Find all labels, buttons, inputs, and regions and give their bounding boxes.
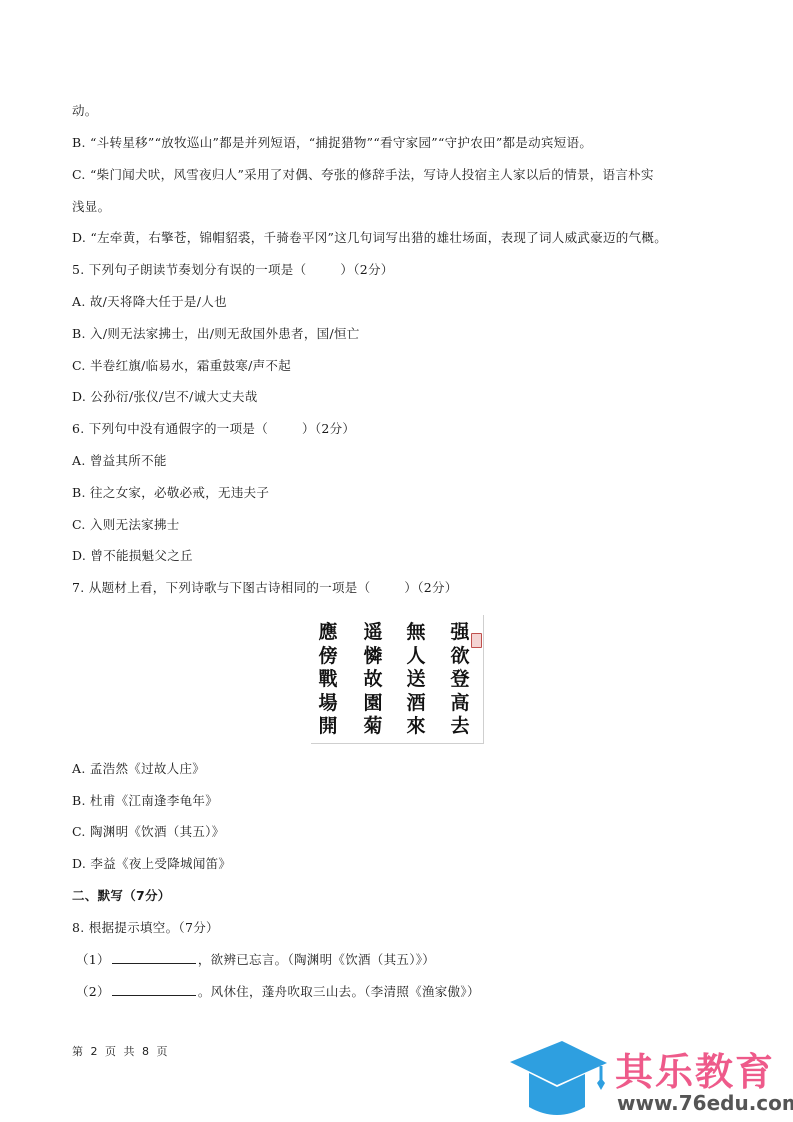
fill-in-blank[interactable] <box>112 951 196 964</box>
item-number: （1） <box>76 952 110 967</box>
q8-item-2: （2）。风休住，蓬舟吹取三山去。（李清照《渔家傲》） <box>76 983 480 1000</box>
poem-char: 送 <box>406 668 425 692</box>
q6-option-b: B. 往之女家，必敬必戒，无违夫子 <box>72 485 269 501</box>
poem-char: 應 <box>318 621 337 645</box>
q4-option-c: C. “柴门闻犬吠，风雪夜归人”采用了对偶、夸张的修辞手法，写诗人投宿主人家以后… <box>72 167 654 183</box>
q6-option-c: C. 入则无法家拂士 <box>72 517 180 533</box>
q5-option-b: B. 入/则无法家拂士，出/则无敌国外患者，国/恒亡 <box>72 326 360 342</box>
q7-stem: 7. 从题材上看，下列诗歌与下图古诗相同的一项是（）（2分） <box>72 580 458 596</box>
q6-option-a: A. 曾益其所不能 <box>72 453 167 469</box>
q8-stem: 8. 根据提示填空。（7分） <box>72 920 219 936</box>
q5-stem: 5. 下列句子朗读节奏划分有误的一项是（）（2分） <box>72 262 394 278</box>
item-number: （2） <box>76 984 110 999</box>
poem-char: 戰 <box>318 668 337 692</box>
q7-stem-text: 7. 从题材上看，下列诗歌与下图古诗相同的一项是（ <box>72 580 370 595</box>
poem-char: 菊 <box>363 715 382 739</box>
q6-stem-text: 6. 下列句中没有通假字的一项是（ <box>72 421 268 436</box>
brand-logo: 其乐教育 www.76edu.com <box>505 1035 793 1122</box>
q5-score: ）（2分） <box>340 262 393 277</box>
fill-in-blank[interactable] <box>112 983 196 996</box>
q7-option-d: D. 李益《夜上受降城闻笛》 <box>72 856 231 872</box>
seal-stamp-icon <box>471 633 482 648</box>
poem-column-3: 遥 憐 故 園 菊 <box>358 621 388 739</box>
poem-char: 故 <box>363 668 382 692</box>
q5-stem-text: 5. 下列句子朗读节奏划分有误的一项是（ <box>72 262 306 277</box>
poem-char: 登 <box>450 668 469 692</box>
q7-option-a: A. 孟浩然《过故人庄》 <box>72 761 205 777</box>
poem-char: 無 <box>406 621 425 645</box>
q7-option-c: C. 陶渊明《饮酒（其五）》 <box>72 824 225 840</box>
poem-char: 來 <box>406 715 425 739</box>
poem-char: 傍 <box>318 645 337 669</box>
q7-score: ）（2分） <box>404 580 457 595</box>
poem-char: 場 <box>318 692 337 716</box>
poem-char: 高 <box>450 692 469 716</box>
section-title: 二、默写（7分） <box>72 888 171 904</box>
poem-char: 開 <box>318 715 337 739</box>
text-line: 动。 <box>72 103 98 119</box>
brand-url: www.76edu.com <box>617 1091 793 1115</box>
poem-column-4: 應 傍 戰 場 開 <box>313 621 343 739</box>
q8-item-1: （1），欲辨已忘言。（陶渊明《饮酒（其五）》） <box>76 951 435 968</box>
q4-option-b: B. “斗转星移”“放牧巡山”都是并列短语，“捕捉猎物”“看守家园”“守护农田”… <box>72 135 592 151</box>
q4-option-d: D. “左牵黄，右擎苍，锦帽貂裘，千骑卷平冈”这几句词写出猎的雄壮场面，表现了词… <box>72 230 667 246</box>
poem-calligraphy-image: 應 傍 戰 場 開 遥 憐 故 園 菊 無 人 送 酒 來 强 欲 登 高 去 <box>311 615 484 744</box>
poem-column-2: 無 人 送 酒 來 <box>401 621 431 739</box>
poem-char: 强 <box>450 621 469 645</box>
q7-option-b: B. 杜甫《江南逢李龟年》 <box>72 793 218 809</box>
poem-char: 去 <box>450 715 469 739</box>
poem-char: 酒 <box>406 692 425 716</box>
q5-option-d: D. 公孙衍/张仪/岂不/诚大丈夫哉 <box>72 389 258 405</box>
poem-char: 欲 <box>450 645 469 669</box>
poem-char: 憐 <box>363 645 382 669</box>
page-number: 第 2 页 共 8 页 <box>72 1043 169 1059</box>
q5-option-a: A. 故/天将降大任于是/人也 <box>72 294 227 310</box>
q6-stem: 6. 下列句中没有通假字的一项是（）（2分） <box>72 421 355 437</box>
q6-option-d: D. 曾不能损魁父之丘 <box>72 548 193 564</box>
item-text: 。风休住，蓬舟吹取三山去。（李清照《渔家傲》） <box>198 984 480 999</box>
item-text: ，欲辨已忘言。（陶渊明《饮酒（其五）》） <box>198 952 435 967</box>
poem-char: 園 <box>363 692 382 716</box>
text-line: 浅显。 <box>72 199 110 215</box>
poem-char: 遥 <box>363 621 382 645</box>
poem-char: 人 <box>406 645 425 669</box>
q5-option-c: C. 半卷红旗/临易水，霜重鼓寒/声不起 <box>72 358 291 374</box>
graduation-cap-icon <box>505 1035 615 1122</box>
brand-name: 其乐教育 <box>615 1041 775 1096</box>
q6-score: ）（2分） <box>302 421 355 436</box>
